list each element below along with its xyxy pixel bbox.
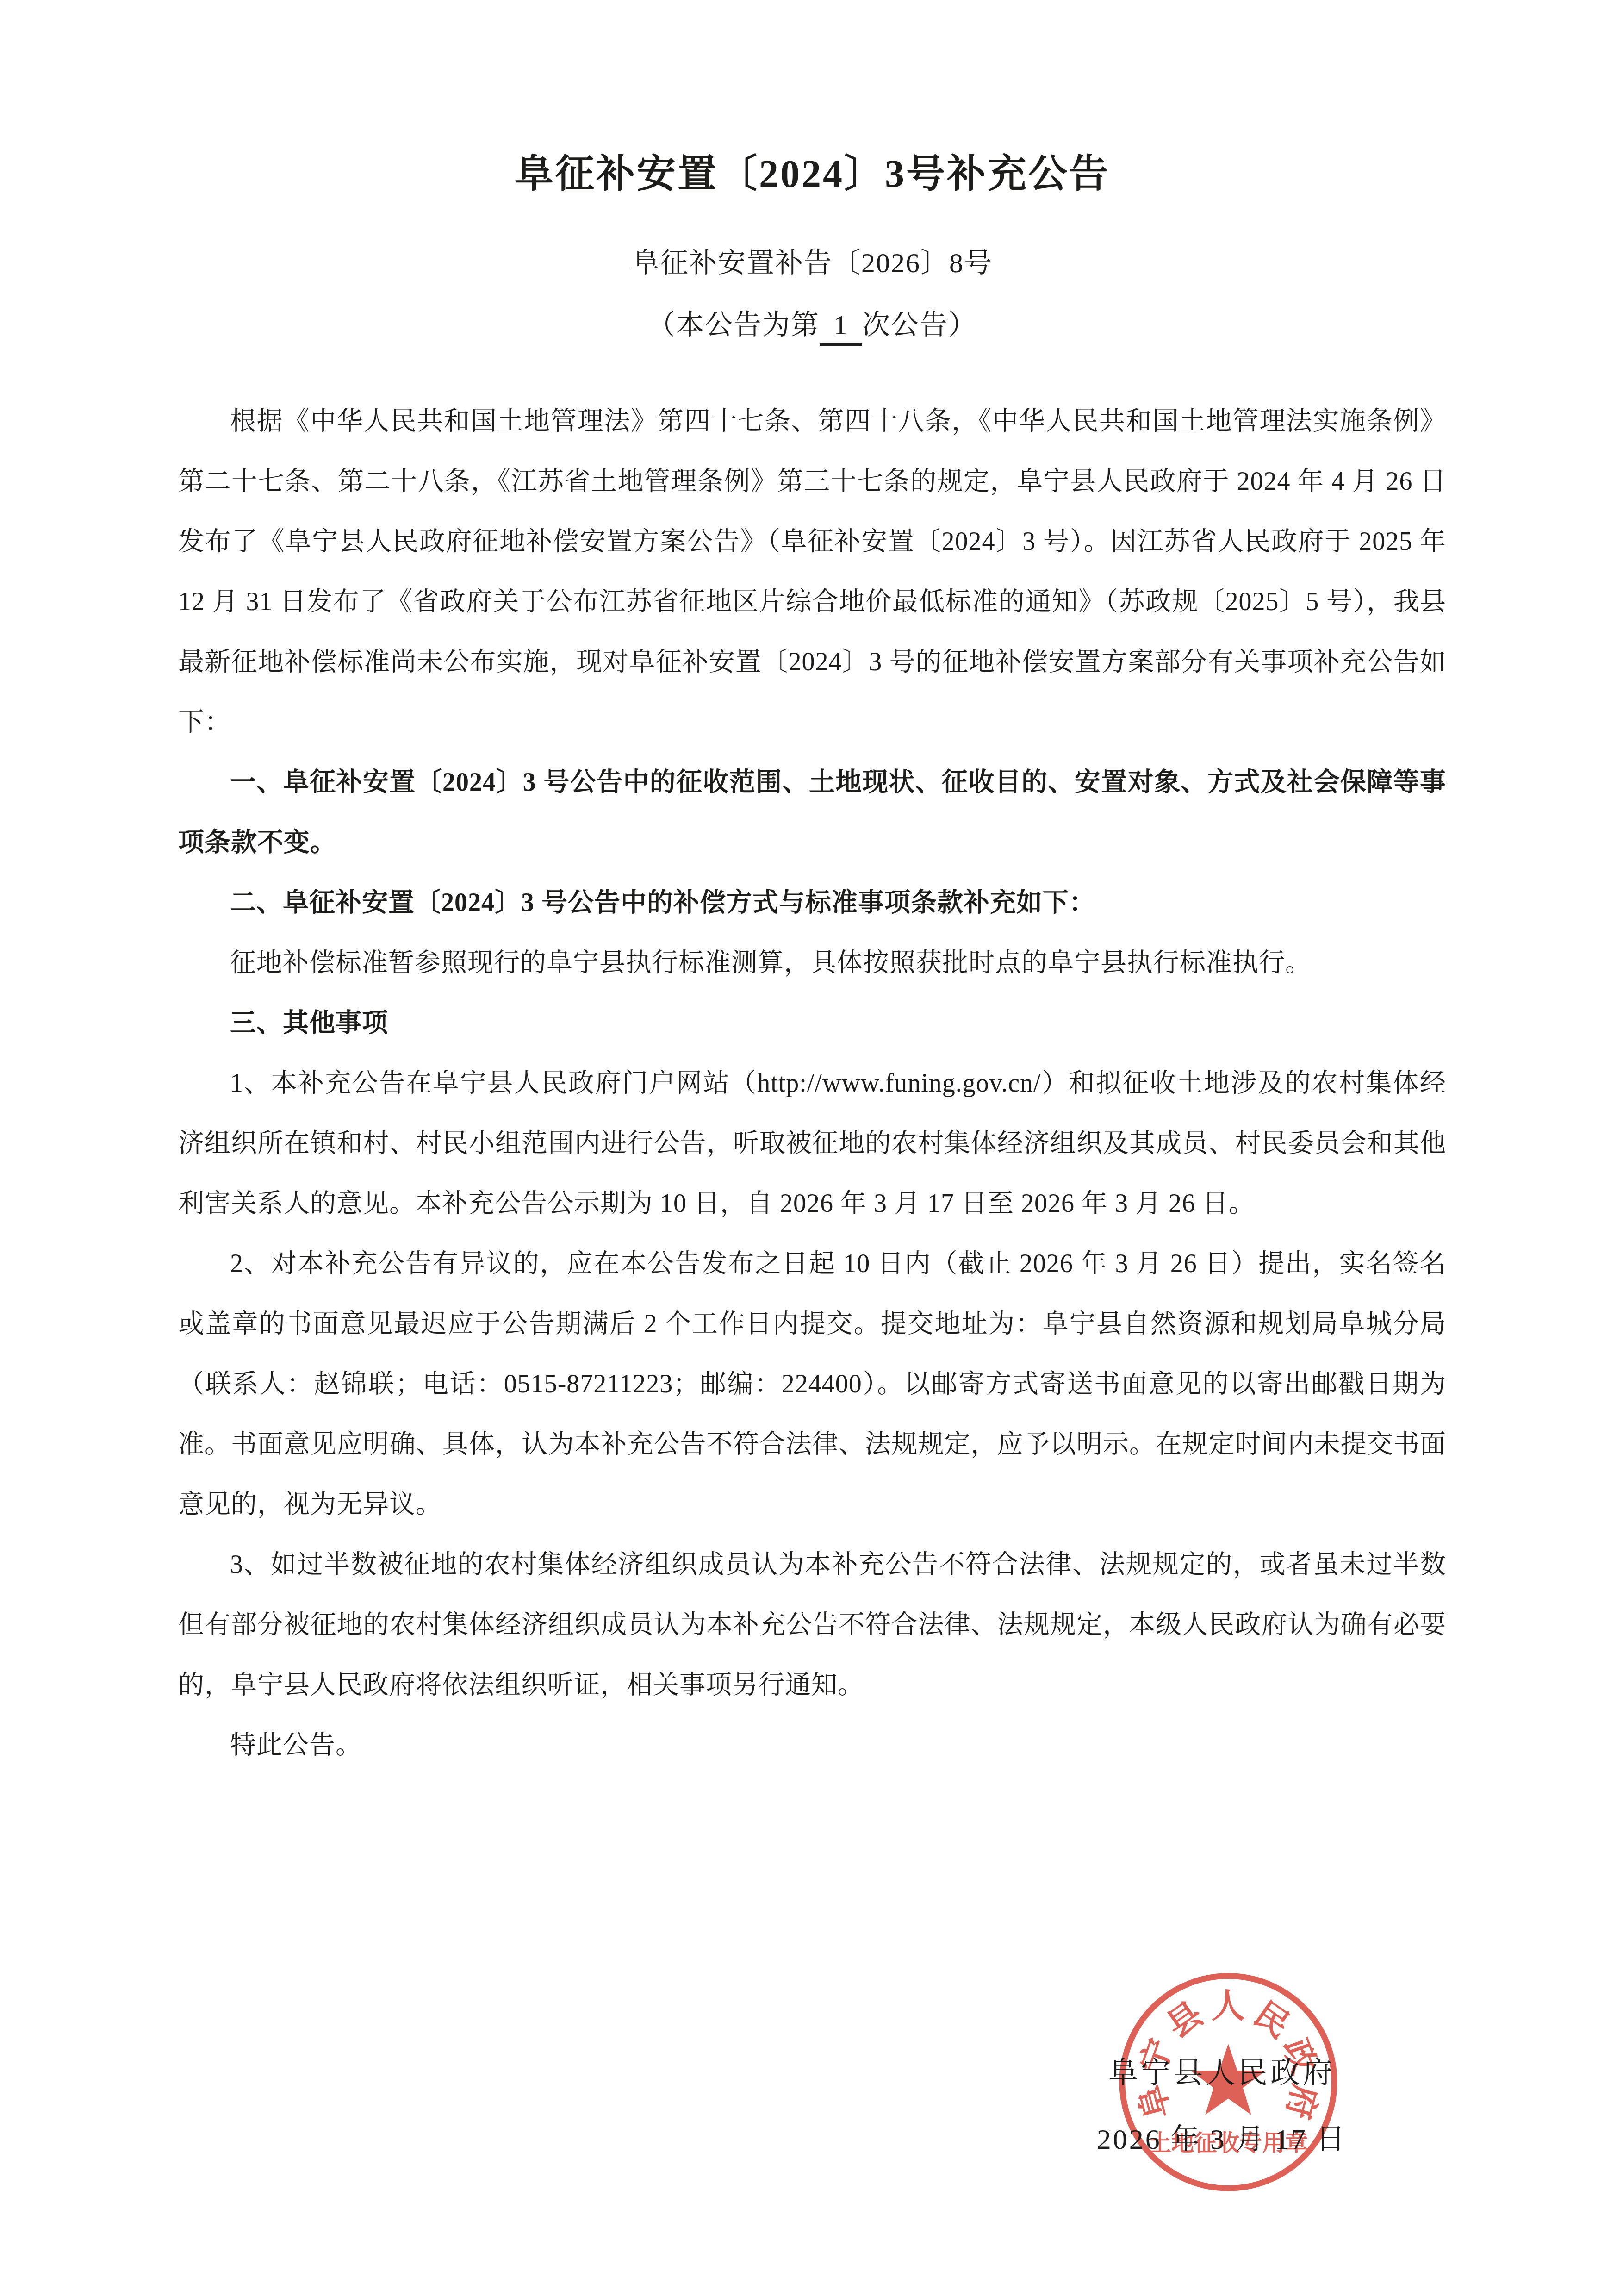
notice-round-suffix: 次公告） [862,310,977,340]
signature-date: 2026 年 3 月 17 日 [1060,2121,1384,2158]
document-title: 阜征补安置〔2024〕3号补充公告 [178,0,1446,200]
body-paragraph: 根据《中华人民共和国土地管理法》第四十七条、第四十八条，《中华人民共和国土地管理… [178,391,1446,752]
svg-text:县: 县 [1160,1995,1209,2045]
body-paragraph: 3、如过半数被征地的农村集体经济组织成员认为本补充公告不符合法律、法规规定的，或… [178,1535,1446,1715]
document-page: 阜征补安置〔2024〕3号补充公告 阜征补安置补告〔2026〕8号 （本公告为第… [0,0,1623,2296]
signature-issuer: 阜宁县人民政府 [1074,2054,1370,2091]
svg-text:民: 民 [1247,1995,1296,2045]
body-paragraph: 征地补偿标准暂参照现行的阜宁县执行标准测算，具体按照获批时点的阜宁县执行标准执行… [178,933,1446,993]
section-heading: 二、阜征补安置〔2024〕3 号公告中的补偿方式与标准事项条款补充如下： [178,873,1446,933]
body-paragraph: 1、本补充公告在阜宁县人民政府门户网站（http://www.funing.go… [178,1053,1446,1234]
section-heading: 一、阜征补安置〔2024〕3 号公告中的征收范围、土地现状、征收目的、安置对象、… [178,752,1446,873]
notice-round-line: （本公告为第1次公告） [178,306,1446,346]
svg-text:人: 人 [1212,1987,1245,2025]
doc-number: 阜征补安置补告〔2026〕8号 [178,244,1446,281]
notice-round-prefix: （本公告为第 [647,310,820,340]
closing-line: 特此公告。 [178,1715,1446,1775]
body-paragraphs: 根据《中华人民共和国土地管理法》第四十七条、第四十八条，《中华人民共和国土地管理… [178,391,1446,1715]
notice-round-number: 1 [820,306,862,346]
body-paragraph: 2、对本补充公告有异议的，应在本公告发布之日起 10 日内（截止 2026 年 … [178,1234,1446,1535]
section-heading: 三、其他事项 [178,993,1446,1053]
document-content: 阜征补安置〔2024〕3号补充公告 阜征补安置补告〔2026〕8号 （本公告为第… [0,0,1623,1775]
